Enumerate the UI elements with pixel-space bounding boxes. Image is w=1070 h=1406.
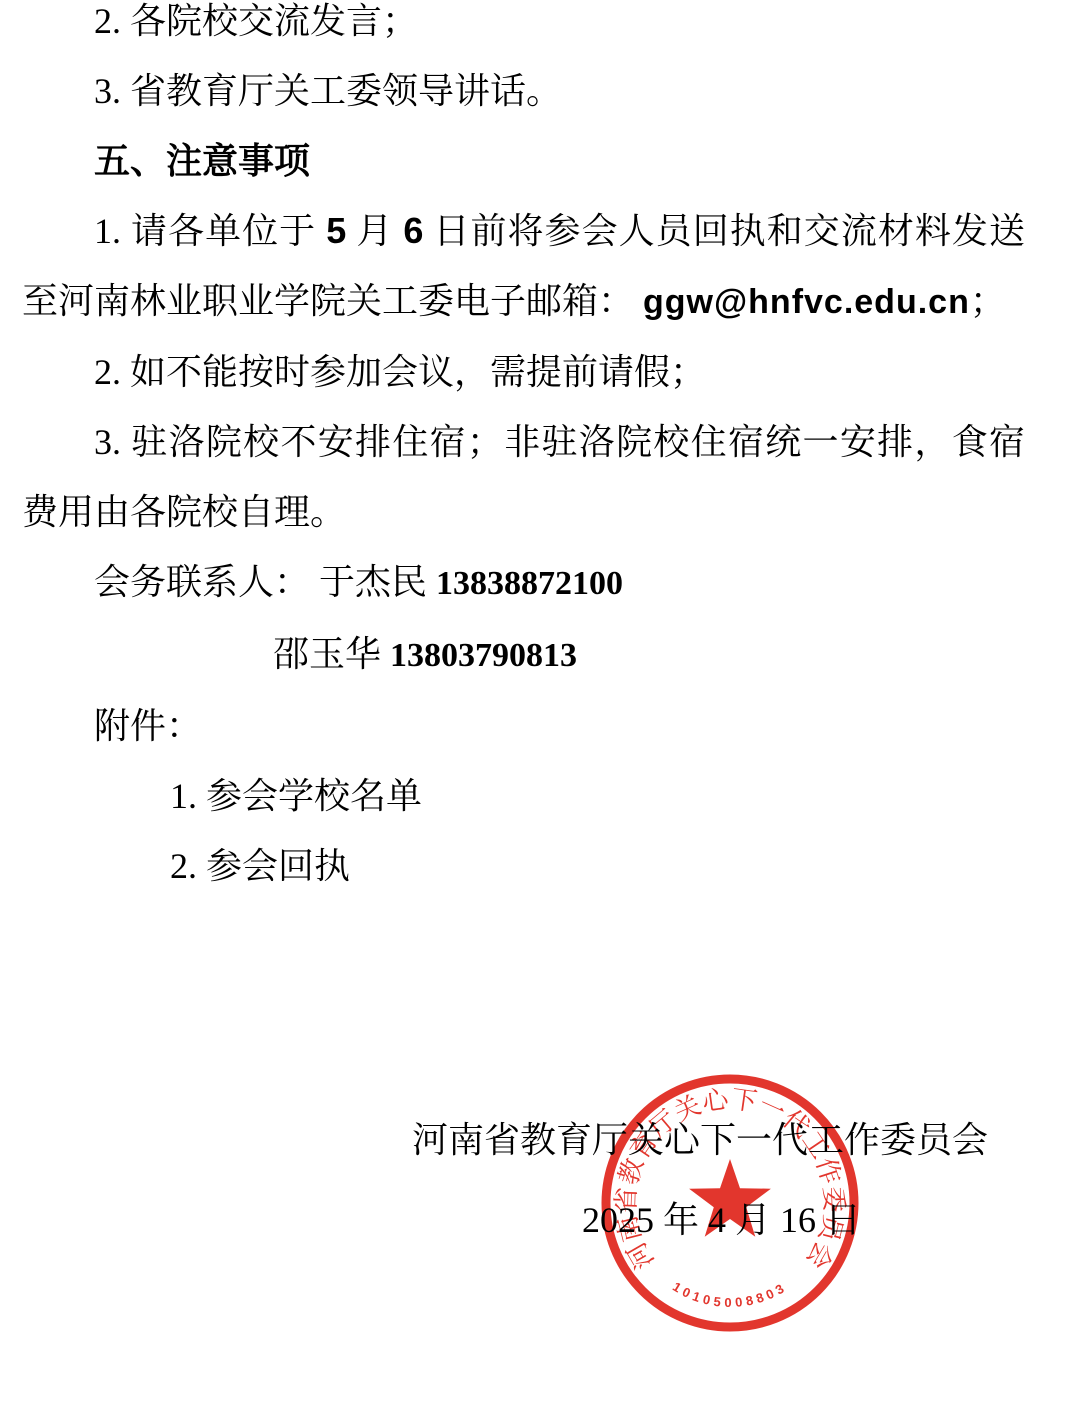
attachments-label: 附件： bbox=[22, 691, 1025, 761]
note-3: 3. 驻洛院校不安排住宿；非驻洛院校住宿统一安排，食宿费用由各院校自理。 bbox=[22, 407, 1025, 547]
attachment-item-1: 1. 参会学校名单 bbox=[22, 761, 1025, 831]
note-1: 1. 请各单位于 5 月 6 日前将参会人员回执和交流材料发送至河南林业职业学院… bbox=[22, 196, 1025, 337]
seal-star-icon bbox=[689, 1159, 771, 1237]
contact-phone-2: 13803790813 bbox=[390, 637, 577, 674]
contact-label: 会务联系人： bbox=[94, 562, 319, 602]
contact-email: ggw@hnfvc.edu.cn bbox=[643, 283, 970, 321]
note-1-month-num: 5 bbox=[326, 210, 346, 251]
contact-phone-1: 13838872100 bbox=[436, 565, 623, 602]
note-1-tail: ； bbox=[970, 281, 1006, 321]
note-1-month-char: 月 bbox=[346, 211, 403, 251]
note-1-day-num: 6 bbox=[403, 210, 423, 251]
contact-name-1: 于杰民 bbox=[319, 562, 436, 602]
contact-line-1: 会务联系人： 于杰民 13838872100 bbox=[22, 547, 1025, 619]
contact-name-2: 邵玉华 bbox=[273, 634, 390, 674]
agenda-item-2: 2. 各院校交流发言； bbox=[22, 0, 1025, 56]
attachment-item-2: 2. 参会回执 bbox=[22, 831, 1025, 901]
note-1-pre: 1. 请各单位于 bbox=[94, 211, 326, 251]
note-2: 2. 如不能按时参加会议，需提前请假； bbox=[22, 337, 1025, 407]
official-seal: 河南省教育厅关心下一代工作委员会 4101050088037 bbox=[575, 1048, 885, 1358]
document-body: 2. 各院校交流发言； 3. 省教育厅关工委领导讲话。 五、注意事项 1. 请各… bbox=[22, 0, 1025, 901]
agenda-item-3: 3. 省教育厅关工委领导讲话。 bbox=[22, 56, 1025, 126]
section-heading-notes: 五、注意事项 bbox=[22, 126, 1025, 196]
contact-line-2: 邵玉华 13803790813 bbox=[22, 619, 1025, 691]
